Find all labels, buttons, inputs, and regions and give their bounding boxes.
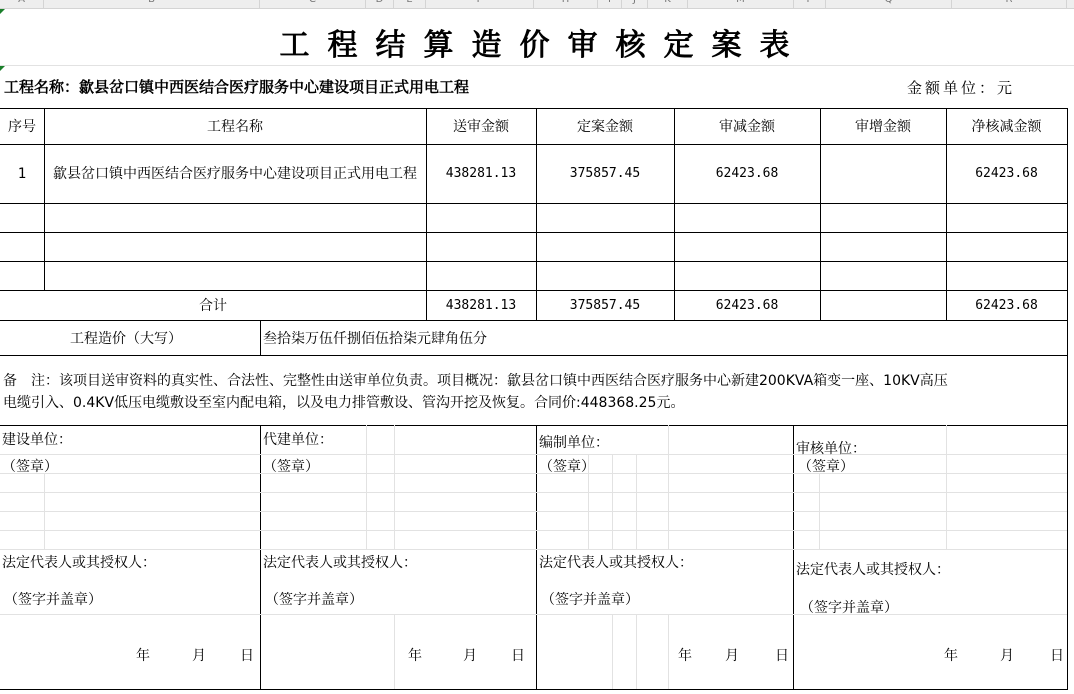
preparer-rep-label: 法定代表人或其授权人： [539, 552, 693, 572]
header-increased: 审增金额 [820, 108, 946, 144]
agent-date-month: 月 [463, 645, 477, 665]
construction-rep-label: 法定代表人或其授权人： [2, 552, 156, 572]
row-project-name[interactable]: 歙县岔口镇中西医结合医疗服务中心建设项目正式用电工程 [50, 144, 420, 203]
column-header-j[interactable]: J [622, 0, 648, 8]
column-header-i[interactable]: I [598, 0, 622, 8]
remarks-line-1: 备 注：该项目送审资料的真实性、合法性、完整性由送审单位负责。项目概况：歙县岔口… [3, 370, 1069, 392]
cost-words-value[interactable]: 叁拾柒万伍仟捌佰伍拾柒元肆角伍分 [263, 320, 1063, 355]
remarks-line-2: 电缆引入、0.4KV低压电缆敷设至室内配电箱，以及电力排管敷设、管沟开挖及恢复。… [3, 392, 1069, 414]
auditor-rep-label: 法定代表人或其授权人： [796, 559, 950, 579]
total-submitted[interactable]: 438281.13 [426, 290, 536, 320]
column-header-p[interactable]: P [794, 0, 826, 8]
preparer-date-month: 月 [725, 645, 739, 665]
preparer-seal[interactable]: （签章） [539, 456, 595, 476]
remarks[interactable]: 备 注：该项目送审资料的真实性、合法性、完整性由送审单位负责。项目概况：歙县岔口… [3, 370, 1069, 414]
construction-seal[interactable]: （签章） [2, 456, 58, 476]
auditor-rep-seal[interactable]: （签字并盖章） [800, 597, 898, 617]
preparer-unit-label: 编制单位： [539, 432, 609, 452]
auditor-unit-label: 审核单位： [796, 438, 866, 458]
cost-words-label: 工程造价（大写） [0, 320, 252, 355]
column-header-f[interactable]: F [426, 0, 534, 8]
total-reduced[interactable]: 62423.68 [674, 290, 820, 320]
header-submitted: 送审金额 [426, 108, 536, 144]
row-submitted[interactable]: 438281.13 [426, 144, 536, 203]
construction-unit-label: 建设单位： [2, 429, 72, 449]
construction-rep-seal[interactable]: （签字并盖章） [4, 589, 102, 609]
agent-date-year: 年 [408, 645, 422, 665]
auditor-date-month: 月 [1000, 645, 1014, 665]
total-net-reduced[interactable]: 62423.68 [946, 290, 1067, 320]
row-index[interactable]: 1 [0, 144, 44, 203]
amount-unit: 金额单位：元 [907, 77, 1015, 98]
cell-indicator [0, 66, 5, 71]
construction-date-year: 年 [136, 645, 150, 665]
construction-date-month: 月 [192, 645, 206, 665]
total-increased[interactable] [820, 290, 946, 320]
total-approved[interactable]: 375857.45 [536, 290, 674, 320]
column-header-c[interactable]: C [260, 0, 366, 8]
column-header-h[interactable]: H [534, 0, 598, 8]
preparer-date-day: 日 [775, 645, 789, 665]
row-approved[interactable]: 375857.45 [536, 144, 674, 203]
auditor-date-day: 日 [1050, 645, 1064, 665]
column-header-b[interactable]: B [44, 0, 260, 8]
table-row-empty[interactable] [0, 203, 1067, 232]
preparer-rep-seal[interactable]: （签字并盖章） [541, 589, 639, 609]
total-label: 合计 [0, 290, 426, 320]
auditor-date-year: 年 [944, 645, 958, 665]
preparer-date-year: 年 [678, 645, 692, 665]
column-header-strip: ABCDEFHIJKMPQR [0, 0, 1074, 9]
header-index: 序号 [0, 108, 44, 144]
header-net-reduced: 净核减金额 [946, 108, 1067, 144]
column-header-r[interactable]: R [952, 0, 1067, 8]
auditor-seal[interactable]: （签章） [798, 456, 854, 476]
column-header-e[interactable]: E [394, 0, 426, 8]
document-title: 工程结算造价审核定案表 [0, 20, 1074, 64]
table-row-empty[interactable] [0, 261, 1067, 290]
header-project-name: 工程名称 [44, 108, 426, 144]
column-header-k[interactable]: K [648, 0, 688, 8]
row-net-reduced[interactable]: 62423.68 [946, 144, 1067, 203]
row-increased[interactable] [820, 144, 946, 203]
agent-unit-label: 代建单位： [263, 429, 333, 449]
agent-seal[interactable]: （签章） [263, 456, 319, 476]
header-approved: 定案金额 [536, 108, 674, 144]
table-row-empty[interactable] [0, 232, 1067, 261]
project-name: 工程名称：歙县岔口镇中西医结合医疗服务中心建设项目正式用电工程 [4, 76, 469, 97]
column-header-q[interactable]: Q [826, 0, 952, 8]
agent-date-day: 日 [511, 645, 525, 665]
column-header-d[interactable]: D [366, 0, 394, 8]
cell-indicator [0, 9, 5, 14]
column-header-m[interactable]: M [688, 0, 794, 8]
agent-rep-seal[interactable]: （签字并盖章） [265, 589, 363, 609]
construction-date-day: 日 [240, 645, 254, 665]
row-reduced[interactable]: 62423.68 [674, 144, 820, 203]
header-reduced: 审减金额 [674, 108, 820, 144]
agent-rep-label: 法定代表人或其授权人： [263, 552, 417, 572]
column-header-a[interactable]: A [0, 0, 44, 8]
